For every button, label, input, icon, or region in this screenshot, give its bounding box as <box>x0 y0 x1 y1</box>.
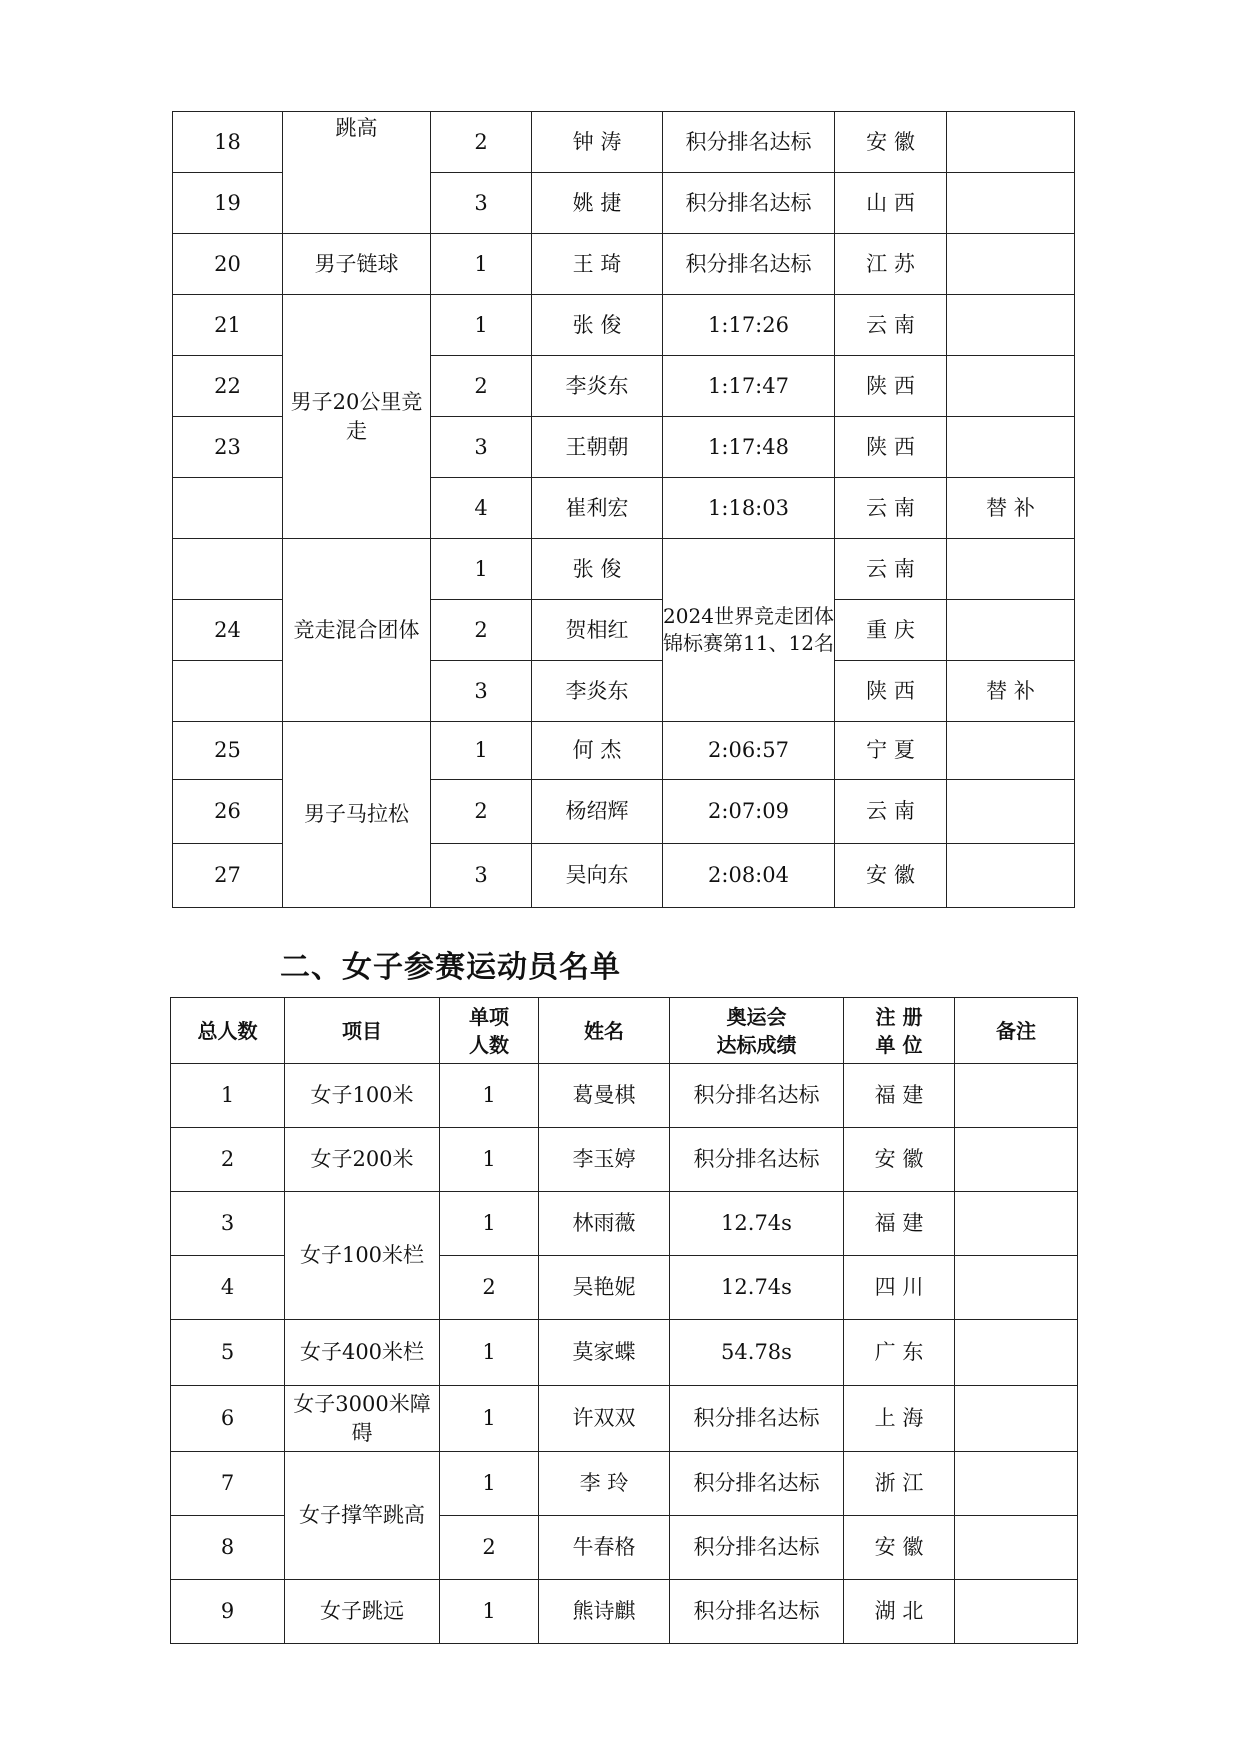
cell-rank: 1 <box>431 234 532 295</box>
cell-rank: 2 <box>431 600 532 661</box>
cell-name: 何 杰 <box>532 722 663 780</box>
cell-note <box>947 112 1075 173</box>
cell-unit: 云 南 <box>835 478 947 539</box>
cell-result: 积分排名达标 <box>670 1128 844 1192</box>
cell-result: 2:07:09 <box>663 780 835 844</box>
cell-no: 3 <box>171 1192 285 1256</box>
cell-result: 12.74s <box>670 1192 844 1256</box>
cell-note <box>955 1452 1078 1516</box>
women-athletes-table: 总人数 项目 单项人数 姓名 奥运会达标成绩 注 册单 位 备注 1女子100米… <box>170 997 1078 1644</box>
cell-event: 女子100米栏 <box>285 1192 440 1320</box>
cell-unit: 云 南 <box>835 295 947 356</box>
men-athletes-table: 18跳高2钟 涛积分排名达标安 徽193姚 捷积分排名达标山 西20男子链球1王… <box>172 111 1075 908</box>
table-row: 21男子20公里竞走1张 俊1:17:26云 南 <box>173 295 1075 356</box>
cell-rank: 1 <box>440 1192 539 1256</box>
cell-name: 李玉婷 <box>539 1128 670 1192</box>
cell-name: 李炎东 <box>532 661 663 722</box>
cell-result: 积分排名达标 <box>663 173 835 234</box>
cell-note <box>955 1320 1078 1386</box>
cell-name: 吴向东 <box>532 844 663 908</box>
cell-unit: 云 南 <box>835 539 947 600</box>
cell-result: 积分排名达标 <box>663 112 835 173</box>
table-row: 6女子3000米障碍1许双双积分排名达标上 海 <box>171 1386 1078 1452</box>
cell-note <box>955 1128 1078 1192</box>
cell-name: 张 俊 <box>532 539 663 600</box>
cell-no: 22 <box>173 356 283 417</box>
cell-no: 20 <box>173 234 283 295</box>
header-result: 奥运会达标成绩 <box>670 998 844 1064</box>
cell-event: 女子3000米障碍 <box>285 1386 440 1452</box>
table-header-row: 总人数 项目 单项人数 姓名 奥运会达标成绩 注 册单 位 备注 <box>171 998 1078 1064</box>
cell-note: 替 补 <box>947 478 1075 539</box>
cell-result: 积分排名达标 <box>670 1386 844 1452</box>
cell-no: 4 <box>171 1256 285 1320</box>
cell-result: 1:17:26 <box>663 295 835 356</box>
cell-no: 23 <box>173 417 283 478</box>
cell-no: 2 <box>171 1128 285 1192</box>
cell-rank: 3 <box>431 661 532 722</box>
cell-rank: 1 <box>440 1580 539 1644</box>
table-row: 5女子400米栏1莫家蝶54.78s广 东 <box>171 1320 1078 1386</box>
cell-rank: 1 <box>440 1386 539 1452</box>
cell-event: 男子马拉松 <box>283 722 431 908</box>
cell-note <box>955 1064 1078 1128</box>
cell-rank: 2 <box>431 356 532 417</box>
cell-event: 男子链球 <box>283 234 431 295</box>
cell-note <box>955 1256 1078 1320</box>
cell-note <box>947 173 1075 234</box>
cell-note <box>947 780 1075 844</box>
cell-result: 积分排名达标 <box>670 1580 844 1644</box>
cell-name: 贺相红 <box>532 600 663 661</box>
cell-note <box>955 1516 1078 1580</box>
cell-result: 54.78s <box>670 1320 844 1386</box>
header-note: 备注 <box>955 998 1078 1064</box>
cell-note <box>947 356 1075 417</box>
cell-note <box>955 1192 1078 1256</box>
cell-unit: 江 苏 <box>835 234 947 295</box>
cell-note <box>955 1386 1078 1452</box>
cell-note <box>947 844 1075 908</box>
cell-note <box>947 234 1075 295</box>
cell-note: 替 补 <box>947 661 1075 722</box>
cell-name: 熊诗麒 <box>539 1580 670 1644</box>
cell-event: 女子100米 <box>285 1064 440 1128</box>
cell-name: 林雨薇 <box>539 1192 670 1256</box>
cell-unit: 浙 江 <box>844 1452 955 1516</box>
cell-note <box>947 295 1075 356</box>
cell-result: 积分排名达标 <box>670 1452 844 1516</box>
cell-unit: 四 川 <box>844 1256 955 1320</box>
cell-rank: 1 <box>440 1128 539 1192</box>
table-row: 7女子撑竿跳高1李 玲积分排名达标浙 江 <box>171 1452 1078 1516</box>
cell-name: 莫家蝶 <box>539 1320 670 1386</box>
cell-rank: 4 <box>431 478 532 539</box>
cell-result: 1:17:48 <box>663 417 835 478</box>
cell-event: 女子撑竿跳高 <box>285 1452 440 1580</box>
cell-rank: 1 <box>440 1452 539 1516</box>
cell-no: 18 <box>173 112 283 173</box>
cell-unit: 陕 西 <box>835 661 947 722</box>
cell-no <box>173 539 283 600</box>
cell-rank: 2 <box>431 780 532 844</box>
cell-unit: 安 徽 <box>844 1128 955 1192</box>
cell-name: 葛曼棋 <box>539 1064 670 1128</box>
cell-result: 2:08:04 <box>663 844 835 908</box>
cell-rank: 2 <box>431 112 532 173</box>
cell-event: 女子跳远 <box>285 1580 440 1644</box>
cell-rank: 3 <box>431 844 532 908</box>
table-row: 18跳高2钟 涛积分排名达标安 徽 <box>173 112 1075 173</box>
cell-unit: 陕 西 <box>835 417 947 478</box>
cell-event: 竞走混合团体 <box>283 539 431 722</box>
cell-unit: 湖 北 <box>844 1580 955 1644</box>
cell-name: 李 玲 <box>539 1452 670 1516</box>
cell-unit: 安 徽 <box>844 1516 955 1580</box>
cell-result: 积分排名达标 <box>670 1516 844 1580</box>
cell-result: 1:18:03 <box>663 478 835 539</box>
cell-rank: 1 <box>431 295 532 356</box>
header-unit: 注 册单 位 <box>844 998 955 1064</box>
cell-rank: 2 <box>440 1516 539 1580</box>
cell-result: 2:06:57 <box>663 722 835 780</box>
table-row: 2女子200米1李玉婷积分排名达标安 徽 <box>171 1128 1078 1192</box>
cell-no <box>173 478 283 539</box>
cell-result: 积分排名达标 <box>663 234 835 295</box>
cell-rank: 1 <box>431 539 532 600</box>
cell-no: 25 <box>173 722 283 780</box>
cell-unit: 安 徽 <box>835 112 947 173</box>
cell-note <box>947 722 1075 780</box>
cell-no: 8 <box>171 1516 285 1580</box>
cell-no: 19 <box>173 173 283 234</box>
cell-rank: 3 <box>431 173 532 234</box>
cell-name: 杨绍辉 <box>532 780 663 844</box>
cell-no: 6 <box>171 1386 285 1452</box>
cell-no <box>173 661 283 722</box>
cell-name: 王朝朝 <box>532 417 663 478</box>
cell-rank: 1 <box>440 1320 539 1386</box>
cell-name: 王 琦 <box>532 234 663 295</box>
cell-unit: 福 建 <box>844 1064 955 1128</box>
cell-result: 积分排名达标 <box>670 1064 844 1128</box>
cell-name: 姚 捷 <box>532 173 663 234</box>
cell-unit: 宁 夏 <box>835 722 947 780</box>
header-name: 姓名 <box>539 998 670 1064</box>
cell-no: 9 <box>171 1580 285 1644</box>
cell-no: 24 <box>173 600 283 661</box>
cell-no: 7 <box>171 1452 285 1516</box>
cell-note <box>947 417 1075 478</box>
cell-no: 26 <box>173 780 283 844</box>
cell-rank: 2 <box>440 1256 539 1320</box>
cell-unit: 广 东 <box>844 1320 955 1386</box>
cell-name: 许双双 <box>539 1386 670 1452</box>
table-row: 1女子100米1葛曼棋积分排名达标福 建 <box>171 1064 1078 1128</box>
cell-unit: 重 庆 <box>835 600 947 661</box>
cell-no: 1 <box>171 1064 285 1128</box>
cell-result: 2024世界竞走团体锦标赛第11、12名 <box>663 539 835 722</box>
cell-no: 21 <box>173 295 283 356</box>
table-row: 20男子链球1王 琦积分排名达标江 苏 <box>173 234 1075 295</box>
cell-note <box>947 600 1075 661</box>
cell-result: 12.74s <box>670 1256 844 1320</box>
cell-result: 1:17:47 <box>663 356 835 417</box>
table-row: 25男子马拉松1何 杰2:06:57宁 夏 <box>173 722 1075 780</box>
table-row: 竞走混合团体1张 俊2024世界竞走团体锦标赛第11、12名云 南 <box>173 539 1075 600</box>
section-heading-women: 二、女子参赛运动员名单 <box>280 942 621 986</box>
cell-note <box>947 539 1075 600</box>
cell-unit: 陕 西 <box>835 356 947 417</box>
cell-name: 吴艳妮 <box>539 1256 670 1320</box>
header-total: 总人数 <box>171 998 285 1064</box>
table-row: 9女子跳远1熊诗麒积分排名达标湖 北 <box>171 1580 1078 1644</box>
cell-rank: 1 <box>431 722 532 780</box>
cell-name: 李炎东 <box>532 356 663 417</box>
header-event: 项目 <box>285 998 440 1064</box>
cell-name: 牛春格 <box>539 1516 670 1580</box>
cell-event: 跳高 <box>283 112 431 234</box>
cell-name: 张 俊 <box>532 295 663 356</box>
cell-no: 5 <box>171 1320 285 1386</box>
header-count: 单项人数 <box>440 998 539 1064</box>
cell-event: 女子400米栏 <box>285 1320 440 1386</box>
table-row: 3女子100米栏1林雨薇12.74s福 建 <box>171 1192 1078 1256</box>
cell-no: 27 <box>173 844 283 908</box>
cell-name: 崔利宏 <box>532 478 663 539</box>
cell-unit: 福 建 <box>844 1192 955 1256</box>
cell-name: 钟 涛 <box>532 112 663 173</box>
cell-rank: 3 <box>431 417 532 478</box>
cell-event: 女子200米 <box>285 1128 440 1192</box>
cell-rank: 1 <box>440 1064 539 1128</box>
cell-unit: 上 海 <box>844 1386 955 1452</box>
cell-unit: 安 徽 <box>835 844 947 908</box>
cell-unit: 山 西 <box>835 173 947 234</box>
cell-unit: 云 南 <box>835 780 947 844</box>
cell-event: 男子20公里竞走 <box>283 295 431 539</box>
cell-note <box>955 1580 1078 1644</box>
